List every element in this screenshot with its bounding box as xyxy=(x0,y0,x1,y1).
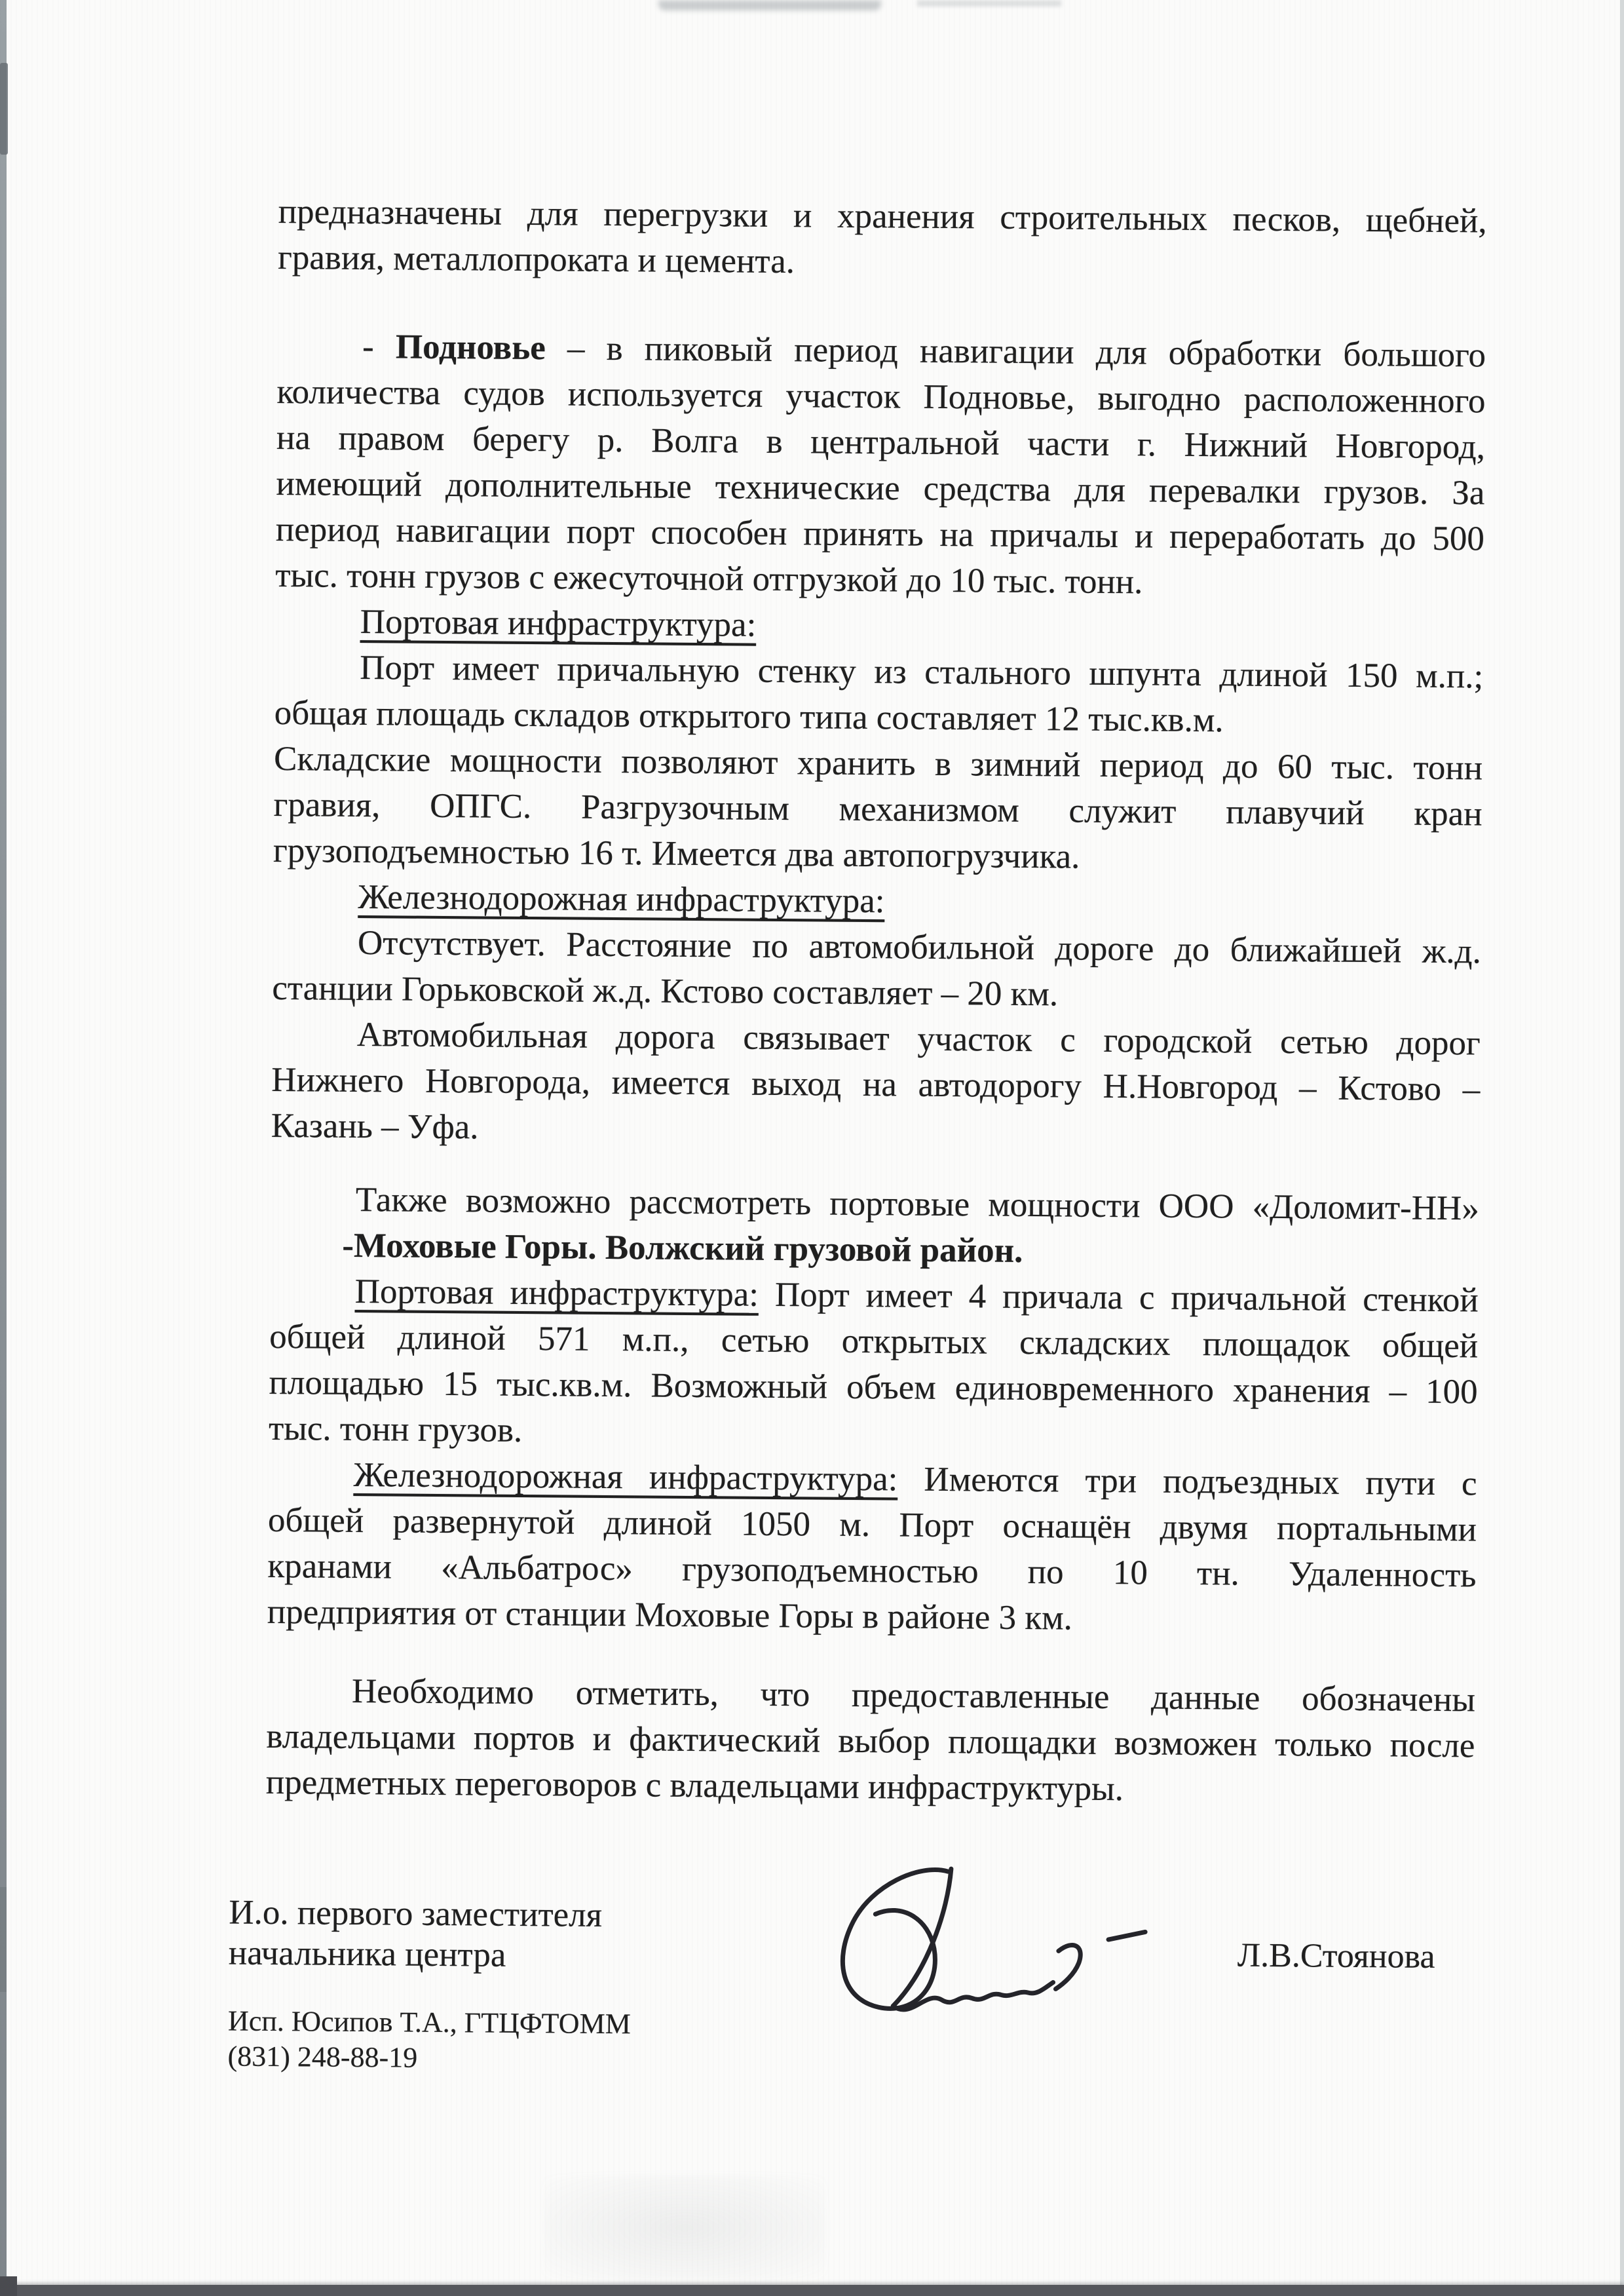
scanned-document-page: предназначены для перегрузки и хранения … xyxy=(0,0,1624,2296)
scan-smudge-top xyxy=(658,0,881,10)
text-line: гравия, металлопроката и цемента. xyxy=(278,235,1486,290)
document-body: предназначены для перегрузки и хранения … xyxy=(266,189,1487,1814)
scan-edge-right xyxy=(1620,0,1624,2296)
scan-edge-smudge xyxy=(0,1887,7,1992)
scan-edge-bottom-corner xyxy=(0,2276,17,2296)
handwritten-signature-icon xyxy=(723,1856,1163,2050)
text-line: Казань – Уфа. xyxy=(271,1103,1479,1158)
text-line: предприятия от станции Моховые Горы в ра… xyxy=(267,1589,1476,1644)
executor-phone: (831) 248-88-19 xyxy=(227,2038,417,2075)
document-content: предназначены для перегрузки и хранения … xyxy=(266,189,1487,1814)
scan-edge-smudge xyxy=(0,63,8,155)
text-line: предметных переговоров с владельцами инф… xyxy=(266,1759,1475,1814)
scan-smudge-bottom xyxy=(544,2175,825,2280)
signatory-name: Л.В.Стоянова xyxy=(1237,1936,1435,1977)
executor-line: Исп. Юсипов Т.А., ГТЦФТОММ xyxy=(228,2003,631,2042)
scan-smudge-top xyxy=(917,0,1061,7)
scan-edge-bottom xyxy=(0,2285,1624,2296)
